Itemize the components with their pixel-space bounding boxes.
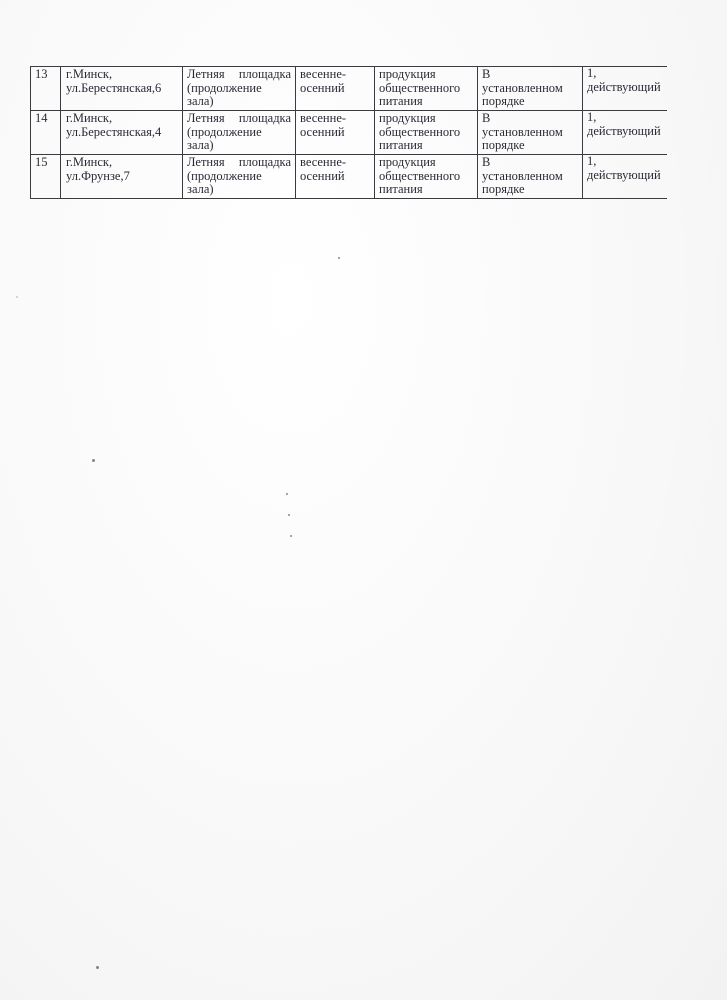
object-type-line: (продолжение bbox=[187, 170, 291, 184]
cell-term: В установленном порядке bbox=[478, 67, 583, 111]
cell-status: 1, действующий bbox=[583, 111, 668, 155]
scan-speck bbox=[288, 514, 290, 516]
objects-table: 13 г.Минск, ул.Берестянская,6 Летняяплощ… bbox=[30, 66, 667, 199]
address-line: ул.Берестянская,6 bbox=[66, 82, 178, 96]
cell-goods: продукция общественного питания bbox=[375, 111, 478, 155]
scan-speck bbox=[286, 493, 288, 495]
status-line: действующий bbox=[587, 169, 663, 183]
address-line: ул.Берестянская,4 bbox=[66, 126, 178, 140]
object-type-line: зала) bbox=[187, 139, 291, 153]
season-line: осенний bbox=[300, 170, 370, 184]
address-line: ул.Фрунзе,7 bbox=[66, 170, 178, 184]
goods-line: питания bbox=[379, 95, 473, 109]
cell-season: весенне- осенний bbox=[296, 111, 375, 155]
table-row: 14 г.Минск, ул.Берестянская,4 Летняяплощ… bbox=[31, 111, 668, 155]
address-line: г.Минск, bbox=[66, 68, 178, 82]
status-line: 1, bbox=[587, 155, 663, 169]
goods-line: питания bbox=[379, 183, 473, 197]
season-line: весенне- bbox=[300, 68, 370, 82]
goods-line: питания bbox=[379, 139, 473, 153]
cell-number: 13 bbox=[31, 67, 61, 111]
object-type-line: Летняяплощадка bbox=[187, 68, 291, 82]
row-number: 14 bbox=[35, 111, 48, 125]
object-type-line: зала) bbox=[187, 95, 291, 109]
cell-goods: продукция общественного питания bbox=[375, 67, 478, 111]
cell-address: г.Минск, ул.Фрунзе,7 bbox=[61, 155, 183, 199]
cell-address: г.Минск, ул.Берестянская,6 bbox=[61, 67, 183, 111]
row-number: 15 bbox=[35, 155, 48, 169]
term-line: В bbox=[482, 112, 578, 126]
cell-address: г.Минск, ул.Берестянская,4 bbox=[61, 111, 183, 155]
cell-number: 14 bbox=[31, 111, 61, 155]
row-number: 13 bbox=[35, 67, 48, 81]
term-line: порядке bbox=[482, 139, 578, 153]
status-line: действующий bbox=[587, 125, 663, 139]
status-line: 1, bbox=[587, 67, 663, 81]
term-line: порядке bbox=[482, 95, 578, 109]
object-type-line: зала) bbox=[187, 183, 291, 197]
cell-goods: продукция общественного питания bbox=[375, 155, 478, 199]
season-line: весенне- bbox=[300, 112, 370, 126]
cell-term: В установленном порядке bbox=[478, 155, 583, 199]
goods-line: продукция bbox=[379, 112, 473, 126]
table-row: 13 г.Минск, ул.Берестянская,6 Летняяплощ… bbox=[31, 67, 668, 111]
cell-status: 1, действующий bbox=[583, 155, 668, 199]
cell-term: В установленном порядке bbox=[478, 111, 583, 155]
term-line: установленном bbox=[482, 170, 578, 184]
object-type-line: Летняяплощадка bbox=[187, 112, 291, 126]
object-type-line: (продолжение bbox=[187, 126, 291, 140]
cell-object-type: Летняяплощадка (продолжение зала) bbox=[183, 111, 296, 155]
cell-status: 1, действующий bbox=[583, 67, 668, 111]
season-line: осенний bbox=[300, 82, 370, 96]
status-line: 1, bbox=[587, 111, 663, 125]
goods-line: продукция bbox=[379, 68, 473, 82]
goods-line: общественного bbox=[379, 82, 473, 96]
scanned-page: 13 г.Минск, ул.Берестянская,6 Летняяплощ… bbox=[0, 0, 727, 1000]
cell-season: весенне- осенний bbox=[296, 67, 375, 111]
address-line: г.Минск, bbox=[66, 156, 178, 170]
season-line: осенний bbox=[300, 126, 370, 140]
object-type-line: Летняяплощадка bbox=[187, 156, 291, 170]
term-line: порядке bbox=[482, 183, 578, 197]
scan-speck bbox=[92, 459, 95, 462]
table-row: 15 г.Минск, ул.Фрунзе,7 Летняяплощадка (… bbox=[31, 155, 668, 199]
term-line: установленном bbox=[482, 126, 578, 140]
cell-object-type: Летняяплощадка (продолжение зала) bbox=[183, 67, 296, 111]
term-line: В bbox=[482, 68, 578, 82]
address-line: г.Минск, bbox=[66, 112, 178, 126]
status-line: действующий bbox=[587, 81, 663, 95]
term-line: установленном bbox=[482, 82, 578, 96]
cell-object-type: Летняяплощадка (продолжение зала) bbox=[183, 155, 296, 199]
scan-speck bbox=[96, 966, 99, 969]
table-body: 13 г.Минск, ул.Берестянская,6 Летняяплощ… bbox=[31, 67, 668, 199]
cell-season: весенне- осенний bbox=[296, 155, 375, 199]
object-type-line: (продолжение bbox=[187, 82, 291, 96]
goods-line: общественного bbox=[379, 126, 473, 140]
season-line: весенне- bbox=[300, 156, 370, 170]
scan-speck bbox=[290, 535, 292, 537]
goods-line: продукция bbox=[379, 156, 473, 170]
scan-speck bbox=[338, 257, 340, 259]
term-line: В bbox=[482, 156, 578, 170]
cell-number: 15 bbox=[31, 155, 61, 199]
goods-line: общественного bbox=[379, 170, 473, 184]
scan-speck bbox=[16, 296, 18, 298]
